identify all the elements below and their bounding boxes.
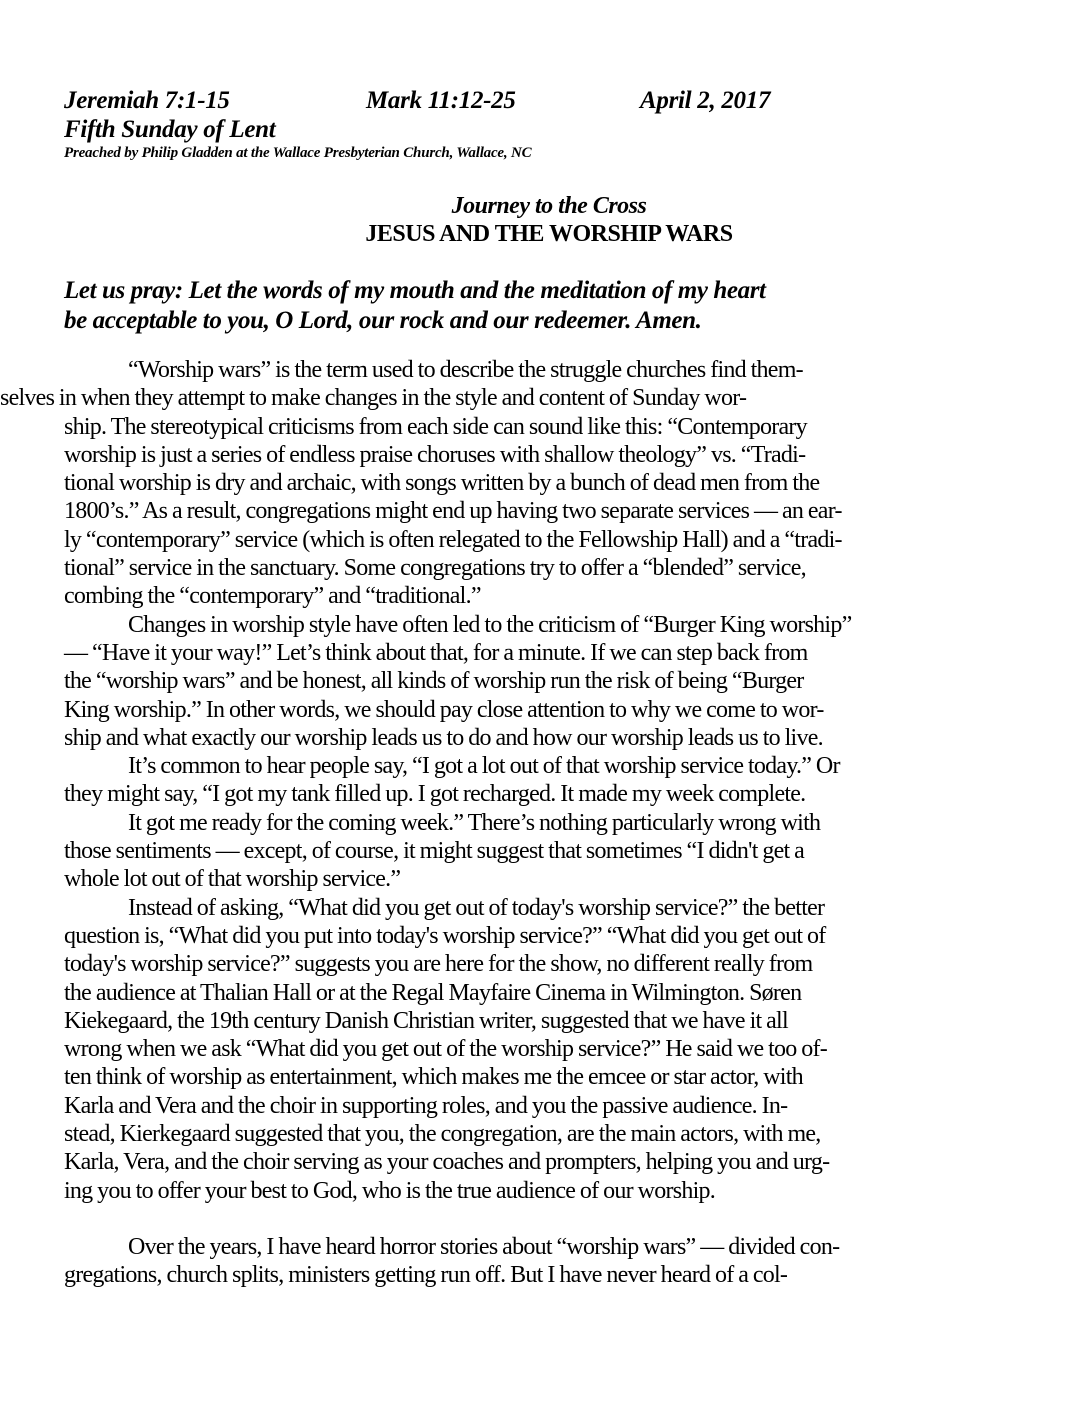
paragraph: Changes in worship style have often led … bbox=[64, 611, 1034, 752]
text-line: gregations, church splits, ministers get… bbox=[0, 1261, 1034, 1289]
text-line: Karla, Vera, and the choir serving as yo… bbox=[0, 1148, 1034, 1176]
text-line: ing you to offer your best to God, who i… bbox=[0, 1177, 1034, 1205]
text-line: whole lot out of that worship service.” bbox=[0, 865, 1034, 893]
text-line: those sentiments — except, of course, it… bbox=[0, 837, 1034, 865]
text-line: today's worship service?” suggests you a… bbox=[0, 950, 1034, 978]
paragraph: It’s common to hear people say, “I got a… bbox=[64, 752, 1034, 809]
text-line: ship and what exactly our worship leads … bbox=[0, 724, 1034, 752]
paragraph: It got me ready for the coming week.” Th… bbox=[64, 809, 1034, 894]
text-line: selves in when they attempt to make chan… bbox=[0, 384, 1034, 412]
opening-prayer: Let us pray: Let the words of my mouth a… bbox=[64, 276, 1034, 336]
text-line: Karla and Vera and the choir in supporti… bbox=[0, 1092, 1034, 1120]
text-line: tional” service in the sanctuary. Some c… bbox=[0, 554, 1034, 582]
text-line: It’s common to hear people say, “I got a… bbox=[128, 753, 840, 779]
paragraph: “Worship wars” is the term used to descr… bbox=[64, 356, 1034, 611]
paragraph: Instead of asking, “What did you get out… bbox=[64, 894, 1034, 1205]
text-line: combing the “contemporary” and “traditio… bbox=[0, 582, 1034, 610]
text-line: Changes in worship style have often led … bbox=[128, 612, 851, 638]
text-line: the audience at Thalian Hall or at the R… bbox=[0, 979, 1034, 1007]
text-line: King worship.” In other words, we should… bbox=[0, 696, 1034, 724]
text-line: Over the years, I have heard horror stor… bbox=[128, 1234, 839, 1260]
text-line: question is, “What did you put into toda… bbox=[0, 922, 1034, 950]
text-line: wrong when we ask “What did you get out … bbox=[0, 1035, 1034, 1063]
series-title: Journey to the Cross bbox=[64, 192, 1034, 220]
text-line: — “Have it your way!” Let’s think about … bbox=[0, 639, 1034, 667]
header-row: Jeremiah 7:1-15 Mark 11:12-25 April 2, 2… bbox=[64, 86, 1034, 116]
sermon-date: April 2, 2017 bbox=[640, 86, 770, 116]
scripture-reference-1: Jeremiah 7:1-15 bbox=[64, 86, 230, 116]
text-line: Instead of asking, “What did you get out… bbox=[128, 895, 824, 921]
sermon-title: JESUS AND THE WORSHIP WARS bbox=[64, 220, 1034, 248]
text-line: stead, Kierkegaard suggested that you, t… bbox=[0, 1120, 1034, 1148]
text-line: “Worship wars” is the term used to descr… bbox=[128, 357, 803, 383]
preached-by-line: Preached by Philip Gladden at the Wallac… bbox=[64, 144, 1034, 162]
liturgical-occasion: Fifth Sunday of Lent bbox=[64, 116, 1034, 144]
text-line: Kiekegaard, the 19th century Danish Chri… bbox=[0, 1007, 1034, 1035]
text-line: tional worship is dry and archaic, with … bbox=[0, 469, 1034, 497]
paragraph: Over the years, I have heard horror stor… bbox=[64, 1233, 1034, 1290]
title-block: Journey to the Cross JESUS AND THE WORSH… bbox=[64, 192, 1034, 248]
text-line: ship. The stereotypical criticisms from … bbox=[0, 413, 1034, 441]
text-line: ly “contemporary” service (which is ofte… bbox=[0, 526, 1034, 554]
prayer-line: Let us pray: Let the words of my mouth a… bbox=[64, 276, 1034, 306]
text-line: they might say, “I got my tank filled up… bbox=[0, 780, 1034, 808]
prayer-line: be acceptable to you, O Lord, our rock a… bbox=[64, 306, 1034, 336]
text-line: 1800’s.” As a result, congregations migh… bbox=[0, 497, 1034, 525]
sermon-page: Jeremiah 7:1-15 Mark 11:12-25 April 2, 2… bbox=[64, 86, 1034, 1290]
text-line: worship is just a series of endless prai… bbox=[0, 441, 1034, 469]
scripture-reference-2: Mark 11:12-25 bbox=[366, 86, 516, 116]
sermon-body: “Worship wars” is the term used to descr… bbox=[64, 356, 1034, 1290]
text-line: It got me ready for the coming week.” Th… bbox=[128, 810, 820, 836]
text-line: the “worship wars” and be honest, all ki… bbox=[0, 667, 1034, 695]
text-line: ten think of worship as entertainment, w… bbox=[0, 1063, 1034, 1091]
